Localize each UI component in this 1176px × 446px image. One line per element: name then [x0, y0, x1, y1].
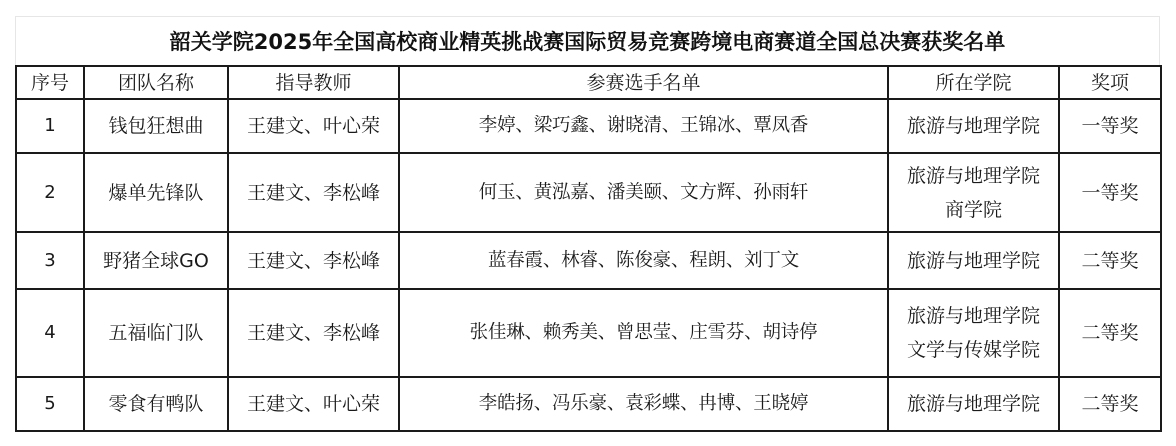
college-name: 文学与传媒学院 — [889, 333, 1058, 367]
cell-advisors: 王建文、叶心荣 — [228, 377, 399, 431]
cell-college: 旅游与地理学院 — [888, 377, 1059, 431]
college-name: 旅游与地理学院 — [889, 387, 1058, 421]
college-name: 旅游与地理学院 — [889, 159, 1058, 193]
cell-team-name: 零食有鸭队 — [84, 377, 228, 431]
header-award: 奖项 — [1059, 66, 1161, 99]
table-row: 1 钱包狂想曲 王建文、叶心荣 李婷、梁巧鑫、谢晓清、王锦冰、覃凤香 旅游与地理… — [16, 99, 1161, 153]
header-team-name: 团队名称 — [84, 66, 228, 99]
cell-college: 旅游与地理学院 商学院 — [888, 153, 1059, 232]
cell-award: 一等奖 — [1059, 153, 1161, 232]
header-number: 序号 — [16, 66, 84, 99]
award-table: 序号 团队名称 指导教师 参赛选手名单 所在学院 奖项 1 钱包狂想曲 王建文、… — [15, 65, 1162, 432]
cell-college: 旅游与地理学院 — [888, 99, 1059, 153]
document-title: 韶关学院2025年全国高校商业精英挑战赛国际贸易竞赛跨境电商赛道全国总决赛获奖名… — [15, 16, 1160, 65]
cell-team-name: 五福临门队 — [84, 289, 228, 377]
cell-college: 旅游与地理学院 — [888, 232, 1059, 289]
cell-award: 二等奖 — [1059, 377, 1161, 431]
award-list-sheet: 韶关学院2025年全国高校商业精英挑战赛国际贸易竞赛跨境电商赛道全国总决赛获奖名… — [15, 16, 1160, 432]
college-name: 旅游与地理学院 — [889, 109, 1058, 143]
cell-number: 5 — [16, 377, 84, 431]
table-row: 5 零食有鸭队 王建文、叶心荣 李皓扬、冯乐豪、袁彩蝶、冉博、王晓婷 旅游与地理… — [16, 377, 1161, 431]
table-row: 2 爆单先锋队 王建文、李松峰 何玉、黄泓嘉、潘美颐、文方辉、孙雨轩 旅游与地理… — [16, 153, 1161, 232]
table-row: 4 五福临门队 王建文、李松峰 张佳琳、赖秀美、曾思莹、庄雪芬、胡诗停 旅游与地… — [16, 289, 1161, 377]
cell-members: 李婷、梁巧鑫、谢晓清、王锦冰、覃凤香 — [399, 99, 888, 153]
cell-team-name: 爆单先锋队 — [84, 153, 228, 232]
cell-advisors: 王建文、李松峰 — [228, 232, 399, 289]
cell-advisors: 王建文、叶心荣 — [228, 99, 399, 153]
cell-members: 李皓扬、冯乐豪、袁彩蝶、冉博、王晓婷 — [399, 377, 888, 431]
cell-number: 4 — [16, 289, 84, 377]
header-college: 所在学院 — [888, 66, 1059, 99]
college-name: 旅游与地理学院 — [889, 299, 1058, 333]
cell-college: 旅游与地理学院 文学与传媒学院 — [888, 289, 1059, 377]
header-advisors: 指导教师 — [228, 66, 399, 99]
college-name: 旅游与地理学院 — [889, 244, 1058, 278]
college-name: 商学院 — [889, 193, 1058, 227]
cell-members: 何玉、黄泓嘉、潘美颐、文方辉、孙雨轩 — [399, 153, 888, 232]
cell-team-name: 钱包狂想曲 — [84, 99, 228, 153]
header-row: 序号 团队名称 指导教师 参赛选手名单 所在学院 奖项 — [16, 66, 1161, 99]
cell-number: 1 — [16, 99, 84, 153]
table-row: 3 野猪全球GO 王建文、李松峰 蓝春霞、林睿、陈俊豪、程朗、刘丁文 旅游与地理… — [16, 232, 1161, 289]
cell-members: 蓝春霞、林睿、陈俊豪、程朗、刘丁文 — [399, 232, 888, 289]
cell-advisors: 王建文、李松峰 — [228, 289, 399, 377]
cell-members: 张佳琳、赖秀美、曾思莹、庄雪芬、胡诗停 — [399, 289, 888, 377]
cell-award: 二等奖 — [1059, 232, 1161, 289]
cell-team-name: 野猪全球GO — [84, 232, 228, 289]
cell-advisors: 王建文、李松峰 — [228, 153, 399, 232]
cell-award: 一等奖 — [1059, 99, 1161, 153]
cell-number: 2 — [16, 153, 84, 232]
header-members: 参赛选手名单 — [399, 66, 888, 99]
cell-number: 3 — [16, 232, 84, 289]
cell-award: 二等奖 — [1059, 289, 1161, 377]
